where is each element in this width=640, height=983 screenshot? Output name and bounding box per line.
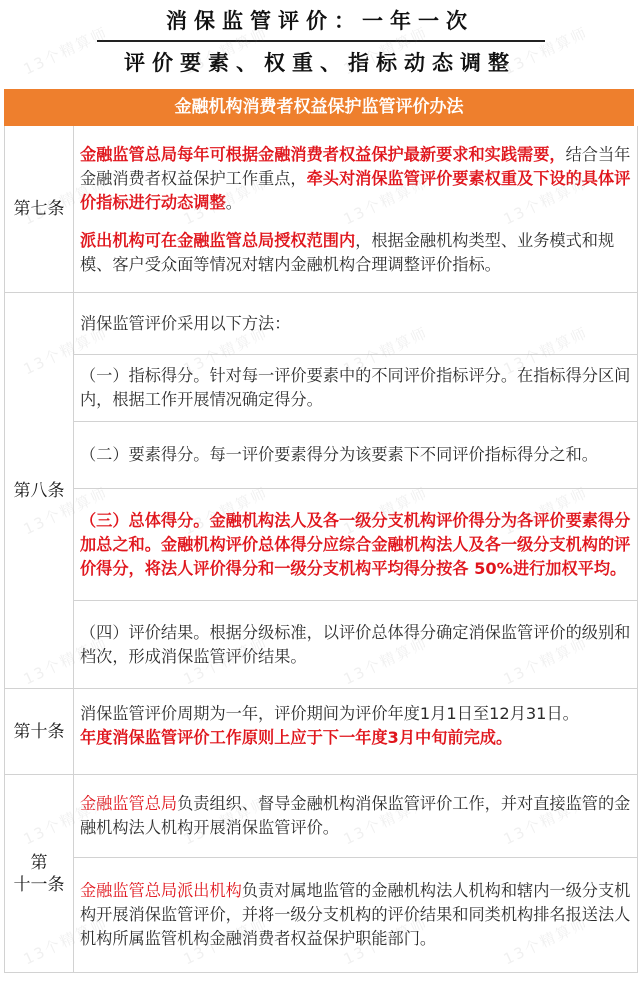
article-label: 第八条 <box>5 293 74 688</box>
article-label: 第十条 <box>5 689 74 774</box>
method-item-cell: （二）要素得分。每一评价要素得分为该要素下不同评价指标得分之和。 <box>74 421 637 488</box>
article-intro-cell: 消保监管评价采用以下方法： <box>74 293 637 354</box>
highlight-paragraph: （三）总体得分。金融机构法人及各一级分支机构评价得分为各评价要素得分加总之和。金… <box>80 509 631 581</box>
article-text-cell: 金融监管总局派出机构负责对属地监管的金融机构法人机构和辖内一级分支机构开展消保监… <box>74 857 637 972</box>
article-body: 金融监管总局每年可根据金融消费者权益保护最新要求和实践需要，结合当年金融消费者权… <box>74 126 637 292</box>
article-label: 第七条 <box>5 126 74 292</box>
highlight-paragraph: 年度消保监管评价工作原则上应于下一年度3月中旬前完成。 <box>80 726 631 750</box>
article-label-line: 第 <box>31 852 48 874</box>
page-subtitle: 评价要素、权重、指标动态调整 <box>0 48 640 78</box>
highlight-text: 金融监管总局 <box>80 794 177 813</box>
paragraph: 派出机构可在金融监管总局授权范围内，根据金融机构类型、业务模式和规模、客户受众面… <box>80 229 631 277</box>
paragraph: 金融监管总局每年可根据金融消费者权益保护最新要求和实践需要，结合当年金融消费者权… <box>80 143 631 215</box>
paragraph: 金融监管总局派出机构负责对属地监管的金融机构法人机构和辖内一级分支机构开展消保监… <box>80 879 631 951</box>
title-divider <box>97 40 545 42</box>
table-row-article-10: 第十条 消保监管评价周期为一年，评价期间为评价年度1月1日至12月31日。 年度… <box>5 689 637 775</box>
article-text-cell: 消保监管评价周期为一年，评价期间为评价年度1月1日至12月31日。 年度消保监管… <box>74 689 637 774</box>
article-body: 消保监管评价周期为一年，评价期间为评价年度1月1日至12月31日。 年度消保监管… <box>74 689 637 774</box>
paragraph: 消保监管评价采用以下方法： <box>80 312 631 336</box>
paragraph: （二）要素得分。每一评价要素得分为该要素下不同评价指标得分之和。 <box>80 443 631 467</box>
paragraph: （四）评价结果。根据分级标准，以评价总体得分确定消保监管评价的级别和档次，形成消… <box>80 621 631 669</box>
table-row-article-11: 第 十一条 金融监管总局负责组织、督导金融机构消保监管评价工作，并对直接监管的金… <box>5 775 637 973</box>
paragraph: （一）指标得分。针对每一评价要素中的不同评价指标评分。在指标得分区间内，根据工作… <box>80 364 631 412</box>
method-item-cell: （三）总体得分。金融机构法人及各一级分支机构评价得分为各评价要素得分加总之和。金… <box>74 488 637 600</box>
highlight-text: 金融监管总局每年可根据金融消费者权益保护最新要求和实践需要， <box>80 145 566 164</box>
method-item-cell: （一）指标得分。针对每一评价要素中的不同评价指标评分。在指标得分区间内，根据工作… <box>74 354 637 421</box>
article-text-cell: 金融监管总局负责组织、督导金融机构消保监管评价工作，并对直接监管的金融机构法人机… <box>74 775 637 857</box>
paragraph: 金融监管总局负责组织、督导金融机构消保监管评价工作，并对直接监管的金融机构法人机… <box>80 792 631 840</box>
article-body: 消保监管评价采用以下方法： （一）指标得分。针对每一评价要素中的不同评价指标评分… <box>74 293 637 688</box>
table-header-banner: 金融机构消费者权益保护监管评价办法 <box>4 89 634 126</box>
article-text-cell: 金融监管总局每年可根据金融消费者权益保护最新要求和实践需要，结合当年金融消费者权… <box>74 126 637 292</box>
regulation-table: 第七条 金融监管总局每年可根据金融消费者权益保护最新要求和实践需要，结合当年金融… <box>4 126 638 973</box>
article-label: 第 十一条 <box>5 775 74 972</box>
table-row-article-7: 第七条 金融监管总局每年可根据金融消费者权益保护最新要求和实践需要，结合当年金融… <box>5 126 637 293</box>
paragraph: 消保监管评价周期为一年，评价期间为评价年度1月1日至12月31日。 <box>80 702 631 726</box>
method-item-cell: （四）评价结果。根据分级标准，以评价总体得分确定消保监管评价的级别和档次，形成消… <box>74 600 637 688</box>
table-row-article-8: 第八条 消保监管评价采用以下方法： （一）指标得分。针对每一评价要素中的不同评价… <box>5 293 637 689</box>
page-title: 消保监管评价：一年一次 <box>0 6 640 36</box>
highlight-text: 派出机构可在金融监管总局授权范围内 <box>80 231 355 250</box>
body-text: 。 <box>226 193 242 212</box>
highlight-text: 金融监管总局派出机构 <box>80 881 242 900</box>
article-label-line: 十一条 <box>14 874 65 896</box>
article-body: 金融监管总局负责组织、督导金融机构消保监管评价工作，并对直接监管的金融机构法人机… <box>74 775 637 972</box>
paragraph-gap <box>80 215 631 229</box>
